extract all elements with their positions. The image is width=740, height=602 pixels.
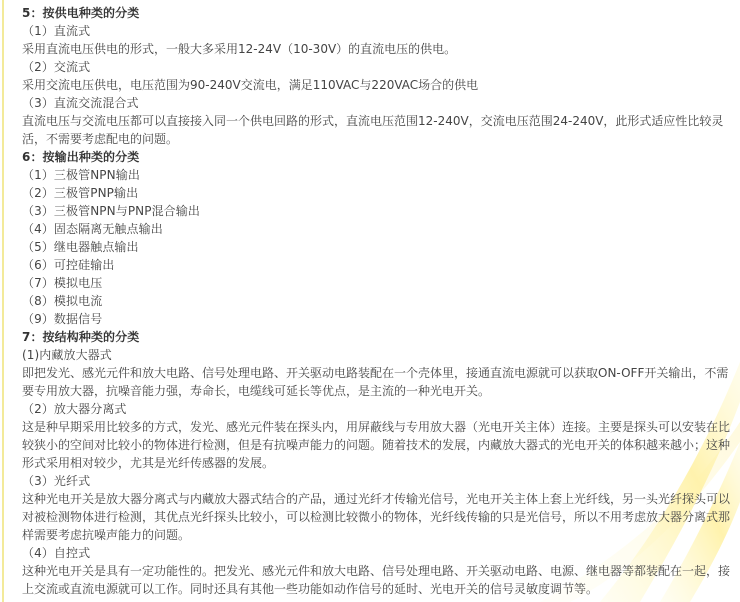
- section-heading-power-supply: 5：按供电种类的分类: [22, 4, 734, 22]
- item-title-fiber-optic: （3）光纤式: [22, 472, 734, 490]
- section-heading-output-type: 6：按输出种类的分类: [22, 148, 734, 166]
- item-title-self-contained: （4）自控式: [22, 544, 734, 562]
- item-text-fiber-optic: 这种光电开关是放大器分离式与内藏放大器式结合的产品，通过光纤才传输光信号，光电开…: [22, 490, 734, 544]
- list-item: （7）模拟电压: [22, 274, 734, 292]
- section-heading-structure-type: 7：按结构种类的分类: [22, 328, 734, 346]
- item-text-ac: 采用交流电压供电，电压范围为90-240V交流电，满足110VAC与220VAC…: [22, 76, 734, 94]
- list-item: （8）模拟电流: [22, 292, 734, 310]
- item-text-dc: 采用直流电压供电的形式，一般大多采用12-24V（10-30V）的直流电压的供电…: [22, 40, 734, 58]
- list-item: （3）三极管NPN与PNP混合输出: [22, 202, 734, 220]
- item-title-built-in-amplifier: (1)内藏放大器式: [22, 346, 734, 364]
- item-text-self-contained: 这种光电开关是具有一定功能性的。把发光、感光元件和放大电路、信号处理电路、开关驱…: [22, 562, 734, 598]
- list-item: （9）数据信号: [22, 310, 734, 328]
- left-border-rule: [2, 0, 4, 602]
- list-item: （4）固态隔离无触点输出: [22, 220, 734, 238]
- article-content: 5：按供电种类的分类 （1）直流式 采用直流电压供电的形式，一般大多采用12-2…: [22, 4, 734, 598]
- list-item: （5）继电器触点输出: [22, 238, 734, 256]
- item-title-dc-ac-mixed: （3）直流交流混合式: [22, 94, 734, 112]
- list-item: （6）可控硅输出: [22, 256, 734, 274]
- list-item: （2）三极管PNP输出: [22, 184, 734, 202]
- item-text-built-in-amplifier: 即把发光、感光元件和放大电路、信号处理电路、开关驱动电路装配在一个壳体里，接通直…: [22, 364, 734, 400]
- item-text-dc-ac-mixed: 直流电压与交流电压都可以直接接入同一个供电回路的形式，直流电压范围12-240V…: [22, 112, 734, 148]
- item-title-dc: （1）直流式: [22, 22, 734, 40]
- item-text-separate-amplifier: 这是种早期采用比较多的方式，发光、感光元件装在探头内，用屏蔽线与专用放大器（光电…: [22, 418, 734, 472]
- list-item: （1）三极管NPN输出: [22, 166, 734, 184]
- item-title-separate-amplifier: （2）放大器分离式: [22, 400, 734, 418]
- item-title-ac: （2）交流式: [22, 58, 734, 76]
